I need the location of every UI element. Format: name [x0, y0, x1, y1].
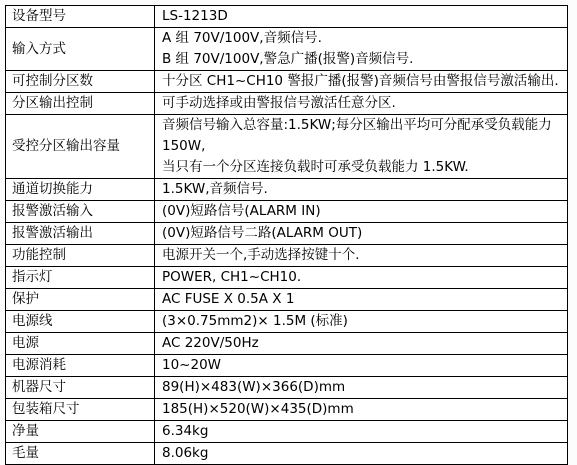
spec-value: (0V)短路信号(ALARM IN) [155, 201, 568, 223]
spec-label: 报警激活输出 [6, 223, 155, 245]
spec-label: 电源线 [6, 311, 155, 333]
spec-value-line: A 组 70V/100V,音频信号. [162, 28, 567, 49]
spec-label: 设备型号 [6, 6, 155, 28]
table-row: 电源 AC 220V/50Hz [6, 333, 568, 355]
spec-value-line: (0V)短路信号(ALARM IN) [162, 201, 567, 222]
table-row: 报警激活输出 (0V)短路信号二路(ALARM OUT) [6, 223, 568, 245]
table-row: 设备型号 LS-1213D [6, 6, 568, 28]
spec-label: 功能控制 [6, 245, 155, 267]
table-row: 指示灯 POWER, CH1~CH10. [6, 267, 568, 289]
table-row: 包装箱尺寸 185(H)×520(W)×435(D)mm [6, 399, 568, 421]
spec-value: A 组 70V/100V,音频信号. B 组 70V/100V,警急广播(报警)… [155, 28, 568, 71]
spec-value: 185(H)×520(W)×435(D)mm [155, 399, 568, 421]
spec-label: 指示灯 [6, 267, 155, 289]
spec-value: 89(H)×483(W)×366(D)mm [155, 377, 568, 399]
spec-value: (3×0.75mm2)× 1.5M (标准) [155, 311, 568, 333]
spec-value-line: 当只有一个分区连接负载时可承受负载能力 1.5KW. [162, 157, 567, 178]
table-row: 电源线 (3×0.75mm2)× 1.5M (标准) [6, 311, 568, 333]
spec-value-line: 185(H)×520(W)×435(D)mm [162, 399, 567, 420]
spec-label: 毛量 [6, 443, 155, 465]
spec-label: 机器尺寸 [6, 377, 155, 399]
spec-label: 可控制分区数 [6, 71, 155, 93]
spec-value: 音频信号输入总容量:1.5KW;每分区输出平均可分配承受负载能力 150W, 当… [155, 115, 568, 179]
spec-value-line: 电源开关一个,手动选择按键十个. [162, 245, 567, 266]
spec-label: 电源 [6, 333, 155, 355]
spec-label: 通道切换能力 [6, 179, 155, 201]
table-row: 保护 AC FUSE X 0.5A X 1 [6, 289, 568, 311]
table-row: 机器尺寸 89(H)×483(W)×366(D)mm [6, 377, 568, 399]
spec-value: 10~20W [155, 355, 568, 377]
spec-value-line: 89(H)×483(W)×366(D)mm [162, 377, 567, 398]
spec-label: 分区输出控制 [6, 93, 155, 115]
spec-value-line: B 组 70V/100V,警急广播(报警)音频信号. [162, 49, 567, 70]
table-row: 受控分区输出容量 音频信号输入总容量:1.5KW;每分区输出平均可分配承受负载能… [6, 115, 568, 179]
spec-value-line: 150W, [162, 136, 567, 157]
spec-value-line: AC 220V/50Hz [162, 333, 567, 354]
spec-value: 8.06kg [155, 443, 568, 465]
spec-value: 1.5KW,音频信号. [155, 179, 568, 201]
table-row: 可控制分区数 十分区 CH1~CH10 警报广播(报警)音频信号由警报信号激活输… [6, 71, 568, 93]
spec-value-line: AC FUSE X 0.5A X 1 [162, 289, 567, 310]
spec-label: 包装箱尺寸 [6, 399, 155, 421]
spec-label: 净量 [6, 421, 155, 443]
spec-value-line: (3×0.75mm2)× 1.5M (标准) [162, 311, 567, 332]
spec-value: 可手动选择或由警报信号激活任意分区. [155, 93, 568, 115]
table-row: 电源消耗 10~20W [6, 355, 568, 377]
spec-label: 保护 [6, 289, 155, 311]
table-row: 通道切换能力 1.5KW,音频信号. [6, 179, 568, 201]
spec-value-line: 6.34kg [162, 421, 567, 442]
table-row: 毛量 8.06kg [6, 443, 568, 465]
spec-value-line: POWER, CH1~CH10. [162, 267, 567, 288]
spec-value: POWER, CH1~CH10. [155, 267, 568, 289]
spec-table: 设备型号 LS-1213D 输入方式 A 组 70V/100V,音频信号. B … [5, 5, 568, 465]
table-row: 净量 6.34kg [6, 421, 568, 443]
spec-value: 电源开关一个,手动选择按键十个. [155, 245, 568, 267]
spec-value-line: 1.5KW,音频信号. [162, 179, 567, 200]
spec-value: (0V)短路信号二路(ALARM OUT) [155, 223, 568, 245]
table-row: 功能控制 电源开关一个,手动选择按键十个. [6, 245, 568, 267]
table-row: 分区输出控制 可手动选择或由警报信号激活任意分区. [6, 93, 568, 115]
spec-value: AC 220V/50Hz [155, 333, 568, 355]
spec-value: AC FUSE X 0.5A X 1 [155, 289, 568, 311]
spec-value-line: 可手动选择或由警报信号激活任意分区. [162, 93, 567, 114]
spec-label: 电源消耗 [6, 355, 155, 377]
table-row: 报警激活输入 (0V)短路信号(ALARM IN) [6, 201, 568, 223]
spec-label: 输入方式 [6, 28, 155, 71]
spec-value: 6.34kg [155, 421, 568, 443]
table-row: 输入方式 A 组 70V/100V,音频信号. B 组 70V/100V,警急广… [6, 28, 568, 71]
spec-table-body: 设备型号 LS-1213D 输入方式 A 组 70V/100V,音频信号. B … [6, 6, 568, 465]
spec-label: 报警激活输入 [6, 201, 155, 223]
spec-value: 十分区 CH1~CH10 警报广播(报警)音频信号由警报信号激活输出. [155, 71, 568, 93]
spec-value: LS-1213D [155, 6, 568, 28]
spec-value-line: 10~20W [162, 355, 567, 376]
spec-value-line: (0V)短路信号二路(ALARM OUT) [162, 223, 567, 244]
spec-value-line: 十分区 CH1~CH10 警报广播(报警)音频信号由警报信号激活输出. [162, 71, 567, 92]
spec-value-line: LS-1213D [162, 6, 567, 27]
spec-value-line: 音频信号输入总容量:1.5KW;每分区输出平均可分配承受负载能力 [162, 115, 567, 136]
spec-label: 受控分区输出容量 [6, 115, 155, 179]
spec-value-line: 8.06kg [162, 443, 567, 464]
